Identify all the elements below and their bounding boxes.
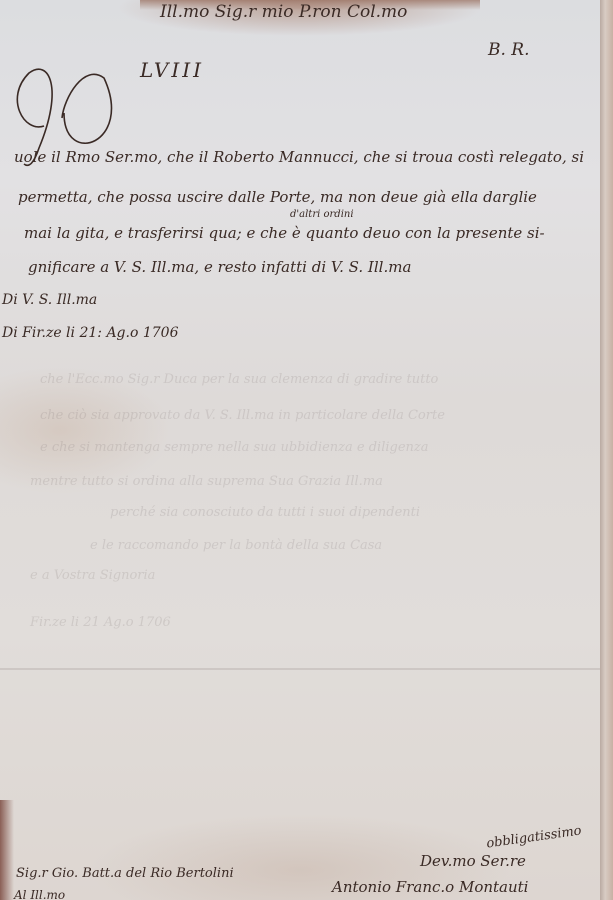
- closing-date-line: Di Fir.ze li 21: Ag.o 1706: [2, 325, 178, 341]
- body-line-4: gnificare a V. S. Ill.ma, e resto infatt…: [28, 258, 411, 276]
- signature-closing: Dev.mo Ser.re: [420, 852, 526, 870]
- bleed-line-5: perché sia conosciuto da tutti i suoi di…: [110, 505, 420, 520]
- letter-page: Ill.mo Sig.r mio P.ron Col.mo B. R. LVII…: [0, 0, 600, 900]
- folio-mark: LVIII: [140, 58, 204, 82]
- body-line-3: mai la gita, e trasferirsi qua; e che è …: [24, 224, 545, 242]
- body-line-2: permetta, che possa uscire dalle Porte, …: [18, 188, 537, 206]
- corner-mark: B. R.: [488, 40, 530, 60]
- bleed-line-8: Fir.ze li 21 Ag.o 1706: [30, 615, 171, 630]
- bleed-line-4: mentre tutto si ordina alla suprema Sua …: [30, 474, 383, 489]
- footer-recipient: Sig.r Gio. Batt.a del Rio Bertolini: [16, 866, 234, 881]
- page-edge-right: [600, 0, 613, 900]
- closing-line-1: Di V. S. Ill.ma: [2, 292, 97, 308]
- interlinear-insertion: d'altri ordini: [290, 209, 354, 220]
- bleed-line-7: e a Vostra Signoria: [30, 568, 155, 583]
- header-address: Ill.mo Sig.r mio P.ron Col.mo: [160, 2, 407, 22]
- signature-name: Antonio Franc.o Montauti: [332, 878, 528, 896]
- bleed-line-6: e le raccomando per la bontà della sua C…: [90, 538, 382, 553]
- footer-recipient-line2: Al Ill.mo: [14, 888, 65, 900]
- body-line-1: uole il Rmo Ser.mo, che il Roberto Mannu…: [14, 148, 584, 166]
- paper-stain-left: [0, 800, 14, 900]
- fold-line: [0, 668, 600, 670]
- bleed-line-2: che ciò sia approvato da V. S. Ill.ma in…: [40, 408, 445, 423]
- bleed-line-3: e che si mantenga sempre nella sua ubbid…: [40, 440, 429, 455]
- bleed-line-1: che l'Ecc.mo Sig.r Duca per la sua cleme…: [40, 372, 438, 387]
- signature-superscript: obbligatissimo: [485, 823, 582, 851]
